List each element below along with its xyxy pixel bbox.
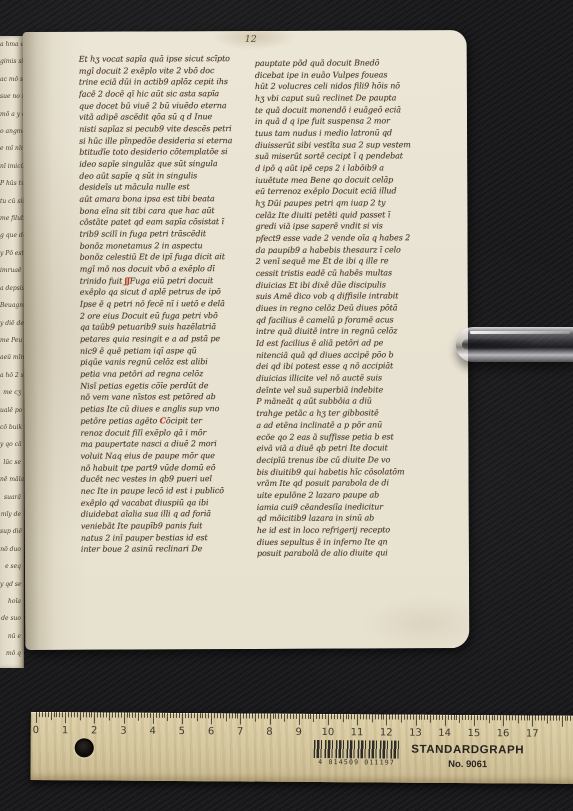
ruler: 01234567891011121314151617 4 014509 0111…	[31, 712, 573, 784]
ruler-tick	[372, 714, 373, 722]
ruler-tick	[42, 712, 43, 717]
ruler-tick	[220, 713, 221, 718]
facing-page-text-fragment: mīy de	[0, 506, 24, 523]
manuscript-text-line: trib9 scilī in fuga petri trāscēdit	[80, 228, 256, 240]
ruler-tick	[197, 713, 198, 721]
ruler-tick	[486, 715, 487, 720]
manuscript-text-line: renoz docuit filī exēplo qā i mōr	[80, 426, 256, 438]
manuscript-text-line: gredi viā ipse saperē vndit si vis	[255, 220, 463, 233]
facing-page-text-fragment: nī imicū a	[0, 158, 24, 175]
ruler-tick	[179, 713, 180, 718]
facing-page-text-fragment: hoīa	[0, 593, 24, 610]
manuscript-text-line: hʒ vbi caput suū reclinet De paupta	[255, 92, 463, 105]
ruler-tick	[556, 716, 557, 721]
ruler-tick	[413, 715, 414, 720]
facing-page-text-fragment: y diē de	[0, 315, 24, 332]
manuscript-text-line: qa taūb9 petuarib9 suis hazēlatriā	[80, 321, 256, 333]
ruler-tick	[421, 715, 422, 720]
ruler-tick	[392, 715, 393, 720]
manuscript-text-line: ideo sapīe singulāz que sūt singula	[79, 158, 255, 170]
facing-page-text-fragment: mō a y er	[0, 106, 24, 123]
ruler-tick	[526, 715, 527, 720]
facing-page-text-fragment: me Peu	[0, 332, 24, 349]
ruler-tick	[211, 713, 212, 724]
ruler-cm-label: 1	[55, 725, 75, 736]
manuscript-text-line: diues sepultus ē in inferno Ite qn	[257, 536, 465, 549]
ruler-tick	[433, 715, 434, 720]
manuscript-text-line: piqūe vanis regnū celōz est alibi	[80, 356, 256, 368]
ruler-tick	[62, 712, 63, 717]
ruler-tick	[89, 712, 90, 717]
ruler-tick	[325, 714, 326, 719]
ruler-tick	[83, 712, 84, 717]
facing-page-text-fragment: ac mō sie de	[0, 71, 24, 88]
facing-page-text-fragment: nū e	[0, 628, 24, 645]
ruler-tick	[170, 713, 171, 718]
ruler-tick	[226, 713, 227, 721]
ruler-cm-label: 14	[435, 728, 455, 739]
ruler-tick	[308, 714, 309, 719]
ruler-tick	[538, 716, 539, 721]
ruler-tick	[290, 714, 291, 719]
ruler-cm-label: 2	[84, 725, 104, 736]
ruler-tick	[357, 714, 358, 725]
ruler-tick	[547, 716, 548, 724]
manuscript-text-line: Nisī petias egetis cōīe perdūt de	[80, 380, 256, 392]
ruler-tick	[381, 714, 382, 719]
ruler-tick	[284, 714, 285, 722]
ruler-tick	[264, 714, 265, 719]
ruler-tick	[456, 715, 457, 720]
ruler-tick	[550, 716, 551, 721]
ruler-tick	[199, 713, 200, 718]
ruler-cm-label: 7	[230, 726, 250, 737]
ruler-tick	[135, 713, 136, 718]
ruler-tick	[293, 714, 294, 719]
ruler-tick	[173, 713, 174, 718]
ruler-tick	[243, 713, 244, 718]
ruler-tick	[331, 714, 332, 719]
manuscript-text-line: 2 ore eius Docuit eū fuga petri vbō	[80, 310, 256, 322]
manuscript-text-line: ducēt nec vestes in qb9 pueri uel	[81, 473, 257, 485]
ruler-tick	[553, 716, 554, 721]
ruler-tick	[562, 716, 563, 727]
ruler-tick	[366, 714, 367, 719]
ruler-tick	[68, 712, 69, 717]
facing-page-text-fragment: lūc se	[0, 454, 24, 471]
ruler-tick	[418, 715, 419, 720]
ruler-tick	[235, 713, 236, 718]
ruler-tick	[71, 712, 72, 717]
manuscript-text-line: tuus tam nudus i medio latronū qd	[255, 127, 463, 140]
ruler-cm-label: 16	[493, 728, 513, 739]
ruler-tick	[348, 714, 349, 719]
manuscript-text-line: iamia cui9 cēandesiīa inedicitur	[257, 501, 465, 514]
ruler-tick	[351, 714, 352, 719]
ruler-tick	[270, 714, 271, 725]
ruler-tick	[535, 716, 536, 721]
ruler-tick	[237, 713, 238, 718]
manuscript-text-line: cōstāte patet qd eam sapīa cōsistat ī	[79, 216, 255, 228]
ruler-tick	[185, 713, 186, 718]
ruler-tick	[532, 716, 533, 727]
facing-page-text-fragment: gimis sliub	[0, 53, 24, 70]
ruler-tick	[129, 713, 130, 718]
manuscript-text-line: cessit tristis eadē cū habēs multas	[256, 267, 464, 280]
manuscript-text-line: d ipō q aūt ipē ceps 2 i labōib9 a	[255, 162, 463, 175]
glass-rod-tip-shadow	[462, 339, 532, 350]
ruler-tick	[319, 714, 320, 719]
ruler-tick	[126, 713, 127, 718]
manuscript-text-line: P māneāt q aūt subbōia a diū	[256, 396, 464, 409]
manuscript-text-line: eū terrenoz exēplo Docuit eciā illud	[255, 185, 463, 198]
ruler-tick	[442, 715, 443, 720]
ruler-tick	[515, 715, 516, 720]
manuscript-text-line: da paupib9 a habebis thesaurz ī celo	[256, 244, 464, 257]
manuscript-text-line: hʒ Dūi paupes petri qm iuap 2 ty	[255, 197, 463, 210]
ruler-tick	[521, 715, 522, 720]
manuscript-text-line: bonōz monetamus 2 in aspectu	[80, 240, 256, 252]
manuscript-text-line: ma paupertate nasci a diuē 2 mori	[80, 438, 256, 450]
ruler-tick	[395, 715, 396, 720]
manuscript-text-line: si hūc ille pīnpedōe desideria si eterna	[79, 135, 255, 147]
facing-page-text-fragment: e mī nīn a	[0, 140, 24, 157]
manuscript-text-line: nisti sapīaz si pecub9 vite descēs petri	[79, 123, 255, 135]
manuscript-text-line: te quā docuit monendō i euāgeō eciā	[255, 104, 463, 117]
facing-page-text-fragment: me filub	[0, 210, 24, 227]
ruler-cm-label: 11	[347, 727, 367, 738]
ruler-tick	[570, 716, 571, 721]
facing-page-text-fragment: mō q	[0, 645, 24, 662]
ruler-tick	[541, 716, 542, 721]
ruler-tick	[529, 715, 530, 720]
manuscript-text-line: in quā d q ipe fuit suspensa 2 mor	[255, 115, 463, 128]
ruler-tick	[80, 712, 81, 720]
ruler-tick	[223, 713, 224, 718]
ruler-tick	[287, 714, 288, 719]
manuscript-text-line: bonōz celestiū Et de ipī fuga dicit ait	[80, 251, 256, 263]
manuscript-text-line: Ipse ē q petri nō fecē nī i uetō e delā	[80, 298, 256, 310]
ruler-tick	[462, 715, 463, 720]
manuscript-text-line: bis diuitib9 qui habetis hīc cōsolatōm	[257, 466, 465, 479]
facing-page-text-fragment: me cʒ	[0, 384, 24, 401]
manuscript-text-line: dicebat ipe in euāo Vulpes foueas	[255, 69, 463, 82]
ruler-tick	[246, 714, 247, 719]
facing-page-text-fragment: y Pō est	[0, 245, 24, 262]
facing-page-text-fragment: ualē po	[0, 402, 24, 419]
ruler-tick	[518, 715, 519, 723]
ruler-tick	[103, 713, 104, 718]
facing-page-text-fragment: sue no nō	[0, 88, 24, 105]
ruler-tick	[188, 713, 189, 718]
ruler-tick	[383, 714, 384, 719]
photo-background: a hma et deigimis sliubac mō sie desue n…	[0, 0, 573, 811]
facing-page-text-fragment: g que de	[0, 227, 24, 244]
ruler-model: No. 9061	[403, 759, 533, 771]
ruler-tick	[334, 714, 335, 719]
ruler-tick	[360, 714, 361, 719]
ruler-scale: 01234567891011121314151617	[31, 712, 573, 716]
manuscript-text-line: vitā adipē ascēdit qōa sū q d Inue	[79, 111, 255, 123]
facing-page-edge: a hma et deigimis sliubac mō sie desue n…	[0, 36, 24, 668]
manuscript-text-line: trine eciā dūi in actib9 aplōz cepit ihs	[79, 76, 255, 88]
manuscript-text-line: pfect9 esse vade 2 vende oīa q habes 2	[256, 232, 464, 245]
manuscript-text-line: posuit parabolā de alio diuite qui	[257, 547, 465, 560]
manuscript-text-line: veniebāt Ite paupīb9 panis fuit	[81, 520, 257, 532]
ruler-tick	[296, 714, 297, 719]
manuscript-text-line: Et hʒ vocat sapīa quā ipse sicut scīpto	[79, 53, 255, 65]
ruler-tick	[153, 713, 154, 724]
manuscript-text-line: diuisserūt sibi vestīta sua 2 sup vestem	[255, 139, 463, 152]
ruler-tick	[249, 714, 250, 719]
ruler-tick	[386, 714, 387, 725]
ruler-tick	[59, 712, 60, 717]
manuscript-text-line: dei qd ibi potest esse q nō accipiāt	[256, 361, 464, 374]
ruler-tick	[363, 714, 364, 719]
ruler-tick	[150, 713, 151, 718]
left-text-column: Et hʒ vocat sapīa quā ipse sicut scīptom…	[79, 53, 257, 556]
ruler-tick	[459, 715, 460, 723]
manuscript-text-line: 2 venī sequē me Et de ibi q ille re	[256, 255, 464, 268]
facing-page-text-fragment: cō buik	[0, 419, 24, 436]
ruler-tick	[340, 714, 341, 719]
ruler-cm-label: 5	[172, 726, 192, 737]
facing-page-text-fragment: tu cū sib	[0, 193, 24, 210]
ruler-tick	[322, 714, 323, 719]
ruler-tick	[167, 713, 168, 721]
facing-page-text-fragment: aeū mīn	[0, 349, 24, 366]
ruler-cm-label: 13	[405, 728, 425, 739]
manuscript-text-line: deo aūt sapīe q sūt in singulis	[79, 170, 255, 182]
ruler-tick	[494, 715, 495, 720]
ruler-tick	[65, 712, 66, 723]
manuscript-text-line: a ad etēna inclinatē a p pōr anū	[256, 419, 464, 432]
ruler-tick	[480, 715, 481, 720]
ruler-tick	[281, 714, 282, 719]
ruler-cm-label: 3	[113, 726, 133, 737]
ruler-tick	[36, 712, 37, 723]
manuscript-text-line: eivā viā a diuē qb petri Ite docuit	[256, 442, 464, 455]
manuscript-text-line: nitenciā quā qd diues accipē pōo b	[256, 349, 464, 362]
manuscript-text-line: decipīū trenus ibe cū diuite De vo	[257, 454, 465, 467]
ruler-tick	[229, 713, 230, 718]
ruler-tick	[272, 714, 273, 719]
manuscript-text-line: mgī docuit 2 exēplo vite 2 vbō doc	[79, 65, 255, 77]
manuscript-text-line: suis Amē dico vob q diffisile intrabit	[256, 290, 464, 303]
ruler-cm-label: 17	[522, 728, 542, 739]
ruler-brand: STANDARDGRAPH	[403, 744, 533, 757]
folio-number: 12	[245, 34, 257, 45]
facing-page-text-fragment: y qd se	[0, 576, 24, 593]
ruler-tick	[45, 712, 46, 717]
manuscript-text-line: que docet bū viuē 2 bū viuēdo eterna	[79, 100, 255, 112]
ruler-tick	[369, 714, 370, 719]
ruler-tick	[124, 713, 125, 724]
manuscript-text-line: exēplo qa sicut d aplē petrus de ipō	[80, 286, 256, 298]
manuscript-text-line: facē 2 docē qī hic aūt sic asta sapīa	[79, 88, 255, 100]
ruler-tick	[214, 713, 215, 718]
facing-page-text-fragment: sup diē	[0, 523, 24, 540]
manuscript-text-line: natus 2 inī pauper bestias id est	[81, 532, 257, 544]
ruler-tick	[491, 715, 492, 720]
ruler-cm-label: 10	[318, 727, 338, 738]
ruler-tick	[343, 714, 344, 722]
ruler-tick	[77, 712, 78, 717]
facing-page-text-fragment: nē māīa	[0, 471, 24, 488]
facing-page-text-fragment: a depsis	[0, 280, 24, 297]
facing-page-text-fragment: suarā	[0, 489, 24, 506]
manuscript-text-line: voluit Naq eius de paupe mōr que	[80, 450, 256, 462]
manuscript-text-line: qd facilius ē camelū p foramē acus	[256, 314, 464, 327]
ruler-tick	[109, 713, 110, 721]
ruler-tick	[337, 714, 338, 719]
ruler-tick	[524, 715, 525, 720]
manuscript-text-line: btitudīe toto desiderio cōtemplatōe si	[79, 146, 255, 158]
ruler-hole	[75, 738, 94, 757]
manuscript-text-line: suā miserūt sortē cecipt ī q pendebat	[255, 150, 463, 163]
ruler-cm-label: 4	[143, 726, 163, 737]
ruler-tick	[194, 713, 195, 718]
ruler-cm-label: 0	[26, 725, 46, 736]
ruler-tick	[74, 712, 75, 717]
manuscript-text-line: diues in regno celōz Deū diues pōtā	[256, 302, 464, 315]
ruler-tick	[375, 714, 376, 719]
facing-page-text-fragment: P hūs tu	[0, 175, 24, 192]
ruler-tick	[255, 714, 256, 722]
ruler-cm-label: 6	[201, 726, 221, 737]
manuscript-text-line: petia vna petōri ad regna celōz	[80, 368, 256, 380]
facing-page-text-fragment: de suo	[0, 610, 24, 627]
manuscript-text-line: vrām Ite qd posuit parabola de di	[257, 477, 465, 490]
ruler-tick	[401, 715, 402, 723]
ruler-tick	[267, 714, 268, 719]
barcode-digits: 4 014509 011197	[307, 758, 407, 767]
manuscript-text-line: iuuētute mea Bene qo docuit celāp	[255, 174, 463, 187]
ruler-tick	[164, 713, 165, 718]
barcode	[314, 740, 401, 759]
ruler-tick	[138, 713, 139, 721]
ruler-tick	[205, 713, 206, 718]
ruler-tick	[506, 715, 507, 720]
ruler-tick	[240, 713, 241, 724]
manuscript-text-line: petares quia resingit e a ad pstā pe	[80, 333, 256, 345]
ruler-tick	[39, 712, 40, 717]
manuscript-text-line: nō habuit tpe part9 vūde domū eō	[81, 461, 257, 473]
ruler-tick	[118, 713, 119, 718]
manuscript-text-line: petōre petias agēto Cōcipit ter	[80, 415, 256, 427]
ruler-tick	[94, 712, 95, 723]
ruler-cm-label: 9	[289, 727, 309, 738]
ruler-tick	[345, 714, 346, 719]
ruler-tick	[489, 715, 490, 723]
manuscript-text-line: nō vem vane nīstos est petōred ab	[80, 391, 256, 403]
ruler-tick	[354, 714, 355, 719]
ruler-tick	[564, 716, 565, 721]
ruler-tick	[512, 715, 513, 720]
manuscript-page: 12 Et hʒ vocat sapīa quā ipse sicut scīp…	[23, 30, 470, 650]
facing-page-text-fragment: Beuagmi	[0, 297, 24, 314]
ruler-tick	[252, 714, 253, 719]
ruler-tick	[310, 714, 311, 719]
ruler-tick	[232, 713, 233, 718]
facing-page-text-fragment: a hma et dei	[0, 36, 24, 53]
ruler-tick	[156, 713, 157, 718]
ruler-tick	[468, 715, 469, 720]
facing-page-text-fragment: y qo cā	[0, 436, 24, 453]
ruler-tick	[454, 715, 455, 720]
ruler-tick	[559, 716, 560, 721]
ruler-tick	[389, 715, 390, 720]
manuscript-text-line: diuidebat aīalia sua illi q ad foriā	[81, 508, 257, 520]
facing-page-text-fragment: imruaē	[0, 262, 24, 279]
facing-page-text-fragment: o angmā	[0, 123, 24, 140]
ruler-tick	[91, 712, 92, 717]
ruler-tick	[275, 714, 276, 719]
ruler-tick	[56, 712, 57, 717]
ruler-tick	[451, 715, 452, 720]
manuscript-text-line: hūt 2 volucres celi nidos fili9 hōis nō	[255, 80, 463, 93]
ruler-tick	[159, 713, 160, 718]
ruler-tick	[500, 715, 501, 720]
ruler-tick	[465, 715, 466, 720]
ruler-tick	[477, 715, 478, 720]
ruler-tick	[471, 715, 472, 720]
manuscript-text-line: trinido fuit ʃʃFuga eiū petri docuit	[80, 275, 256, 287]
manuscript-text-line: celāz Ite diuiti petēti quid passet ī	[255, 209, 463, 222]
ruler-tick	[410, 715, 411, 720]
ruler-tick	[53, 712, 54, 717]
ruler-tick	[302, 714, 303, 719]
manuscript-text-line: uite epulōne 2 lazaro paupe ab	[257, 489, 465, 502]
ruler-tick	[299, 714, 300, 725]
manuscript-text-line: intre quā diuitē intre in regnū celōz	[256, 326, 464, 339]
manuscript-text-line: desideīs ut mācula nulle est	[79, 181, 255, 193]
ruler-cm-label: 15	[464, 728, 484, 739]
ruler-tick	[115, 713, 116, 718]
manuscript-text-line: he id est in loco refrigerij recepto	[257, 524, 465, 537]
ruler-tick	[483, 715, 484, 720]
ruler-tick	[544, 716, 545, 721]
ruler-tick	[261, 714, 262, 719]
ruler-tick	[305, 714, 306, 719]
ruler-tick	[430, 715, 431, 723]
ruler-tick	[424, 715, 425, 720]
ruler-tick	[51, 712, 52, 720]
facing-page-text-fragment: nō duo	[0, 541, 24, 558]
ruler-tick	[404, 715, 405, 720]
manuscript-text-line: trahge petāc a hʒ ter gibbositē	[256, 407, 464, 420]
ruler-tick	[436, 715, 437, 720]
manuscript-text-line: bona eīna sit tibi cara que hac aūt	[79, 205, 255, 217]
ruler-tick	[97, 712, 98, 717]
manuscript-text-line: pauptate pōd quā docuit Bnedō	[255, 57, 463, 70]
ruler-tick	[208, 713, 209, 718]
ruler-tick	[503, 715, 504, 726]
ruler-tick	[378, 714, 379, 719]
ruler-tick	[427, 715, 428, 720]
ruler-tick	[258, 714, 259, 719]
ruler-tick	[121, 713, 122, 718]
manuscript-text-line: ecōe qo 2 eas ā suffisse petia b est	[256, 431, 464, 444]
ruler-tick	[217, 713, 218, 718]
manuscript-text-line: nic9 ē quē petiam iqī aspe qū	[80, 345, 256, 357]
manuscript-text-line: deīnte vel suā superbiā indebite	[256, 384, 464, 397]
ruler-tick	[448, 715, 449, 720]
manuscript-text-line: diuicias illicite vel nō auctē suis	[256, 372, 464, 385]
ruler-tick	[176, 713, 177, 718]
manuscript-text-line: nec Ite in paupe lecō id est i publicō	[81, 485, 257, 497]
ruler-tick	[144, 713, 145, 718]
